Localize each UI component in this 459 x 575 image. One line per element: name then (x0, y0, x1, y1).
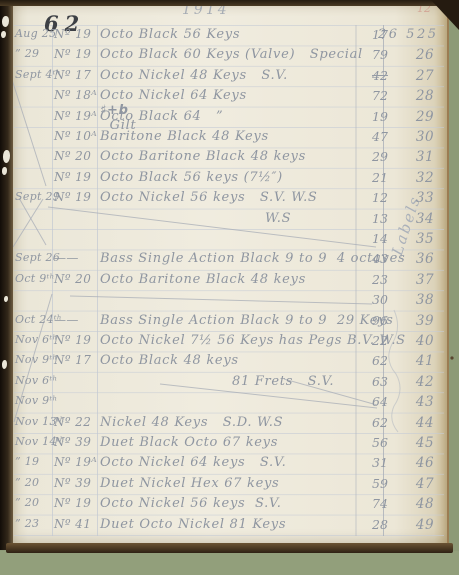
entry-description: Octo Baritone Black 48 keys (100, 272, 356, 287)
entry-description: Octo Black 48 keys (100, 353, 356, 368)
count-value: 96 (352, 313, 408, 328)
model-number: —— (54, 313, 100, 327)
serial-number: 42 (406, 374, 444, 390)
entry-description: Duet Black Octo 67 keys (100, 435, 356, 450)
serial-number: 27 (406, 68, 444, 84)
entry-date: Nov 6ᵗʰ (15, 374, 55, 387)
ledger-row: Sept 4ᵗʰNº 17Octo Nickel 48 Keys S.V.422… (0, 68, 459, 88)
entry-description: Bass Single Action Black 9 to 9 29 Keys (100, 313, 356, 328)
ledger-row: Nº 10ᴬBaritone Black 48 Keys4730 (0, 129, 459, 149)
count-value: 47 (352, 129, 408, 144)
count-value: 14 (352, 231, 408, 246)
serial-number: 26 (406, 47, 444, 63)
ledger-row: Oct 24ᵗʰ——Bass Single Action Black 9 to … (0, 313, 459, 333)
entry-date: Nov 9ᵗʰ (15, 353, 55, 366)
entry-description: Octo Black 56 Keys (100, 27, 356, 42)
serial-number: 37 (406, 272, 444, 288)
entry-description: Bass Single Action Black 9 to 9 4 octave… (100, 251, 356, 266)
ledger-row: ” 20Nº 19Octo Nickel 56 keys S.V.7448 (0, 496, 459, 516)
entry-date: ” 20 (15, 476, 55, 489)
count-value: 12 (352, 190, 408, 205)
count-value: 42 (352, 68, 408, 83)
ledger-row: ” 20Nº 39Duet Nickel Hex 67 keys5947 (0, 476, 459, 496)
model-number: Nº 19 (54, 170, 100, 184)
entry-description: Octo Baritone Black 48 keys (100, 149, 356, 164)
ledger-row: Sept 26——Bass Single Action Black 9 to 9… (0, 251, 459, 271)
serial-number: 33 (406, 190, 444, 206)
entry-description: Octo Nickel 48 Keys S.V. (100, 68, 356, 83)
entry-date: Nov 9ᵗʰ (15, 394, 55, 407)
ledger-row: Nov 13ᵗʰNº 22Nickel 48 Keys S.D. W.S6244 (0, 415, 459, 435)
book-bottom-edge (6, 543, 453, 553)
serial-number: 49 (406, 517, 444, 533)
model-number: —— (54, 251, 100, 265)
entry-description: Baritone Black 48 Keys (100, 129, 356, 144)
book-corner (431, 0, 459, 30)
model-number: Nº 19 (54, 190, 100, 204)
count-value: 30 (352, 292, 408, 307)
model-number: Nº 19ᴬ (54, 455, 100, 469)
model-number: Nº 18ᴬ (54, 88, 100, 102)
ledger-row: Aug 25Nº 19Octo Black 56 Keys1726 525 (0, 27, 459, 47)
entry-description: Duet Nickel Hex 67 keys (100, 476, 356, 491)
serial-number: 48 (406, 496, 444, 512)
model-number: Nº 19 (54, 47, 100, 61)
serial-number: 44 (406, 415, 444, 431)
ledger-row: Nov 14ᵗʰNº 39Duet Black Octo 67 keys5645 (0, 435, 459, 455)
model-number: Nº 17 (54, 68, 100, 82)
entry-date: Sept 4ᵗʰ (15, 68, 55, 81)
count-value: 19 (352, 109, 408, 124)
ledger-photo-scene: 62 1914 12 Labels Aug 25Nº 19Octo Black … (0, 0, 459, 575)
ledger-rows: Aug 25Nº 19Octo Black 56 Keys1726 525” 2… (0, 0, 459, 575)
count-value: 22 (352, 333, 408, 348)
model-number: Nº 19 (54, 27, 100, 41)
serial-number: 41 (406, 353, 444, 369)
model-number: Nº 20 (54, 272, 100, 286)
serial-number: 35 (406, 231, 444, 247)
entry-date: ” 23 (15, 517, 55, 530)
entry-description: Nickel 48 Keys S.D. W.S (100, 415, 356, 430)
serial-number: 34 (406, 211, 444, 227)
serial-number: 43 (406, 394, 444, 410)
model-number: Nº 41 (54, 517, 100, 531)
count-value: 13 (352, 211, 408, 226)
entry-description: Octo Nickel 56 keys S.V. W.S (100, 190, 356, 205)
count-value: 62 (352, 415, 408, 430)
model-number: Nº 19 (54, 333, 100, 347)
model-number: Nº 39 (54, 476, 100, 490)
serial-number: 28 (406, 88, 444, 104)
entry-description: Octo Nickel 7½ 56 Keys has Pegs B.V. W.S (100, 333, 356, 348)
count-value: 72 (352, 88, 408, 103)
count-value: 62 (352, 353, 408, 368)
count-value: 28 (352, 517, 408, 532)
ledger-row: Nº 20Octo Baritone Black 48 keys2931 (0, 149, 459, 169)
ledger-row: W.S1334 (0, 211, 459, 231)
entry-date: Nov 6ᵗʰ (15, 333, 55, 346)
count-value: 56 (352, 435, 408, 450)
entry-description: Octo Black 64 ” (100, 109, 356, 124)
backdrop (0, 551, 459, 575)
count-value: 23 (352, 272, 408, 287)
entry-date: ” 20 (15, 496, 55, 509)
entry-date: Nov 13ᵗʰ (15, 415, 55, 428)
serial-number: 29 (406, 109, 444, 125)
ledger-row: Nov 6ᵗʰ81 Frets S.V.6342 (0, 374, 459, 394)
count-value: 31 (352, 455, 408, 470)
ledger-row: ” 29Nº 19Octo Black 60 Keys (Valve) Spec… (0, 47, 459, 67)
count-value: 21 (352, 170, 408, 185)
count-value: 43 (352, 251, 408, 266)
serial-number: 40 (406, 333, 444, 349)
count-value: 79 (352, 47, 408, 62)
count-value: 29 (352, 149, 408, 164)
ledger-row: Nº 19Octo Black 56 keys (7½″)2132 (0, 170, 459, 190)
ledger-row: ” 23Nº 41Duet Octo Nickel 81 Keys2849 (0, 517, 459, 537)
book-top-edge (0, 0, 459, 6)
ledger-row: Oct 9ᵗʰNº 20Octo Baritone Black 48 keys2… (0, 272, 459, 292)
entry-date: Sept 26 (15, 251, 55, 264)
entry-description: Octo Black 56 keys (7½″) (100, 170, 356, 185)
entry-date: Oct 9ᵗʰ (15, 272, 55, 285)
entry-date: Oct 24ᵗʰ (15, 313, 55, 326)
ledger-row: Sept 29Nº 19Octo Nickel 56 keys S.V. W.S… (0, 190, 459, 210)
model-number: Nº 17 (54, 353, 100, 367)
ledger-row: 1435 (0, 231, 459, 251)
count-value: 74 (352, 496, 408, 511)
model-number: Nº 22 (54, 415, 100, 429)
entry-date: Sept 29 (15, 190, 55, 203)
entry-description: Octo Nickel 56 keys S.V. (100, 496, 356, 511)
model-number: Nº 20 (54, 149, 100, 163)
model-number: Nº 19 (54, 496, 100, 510)
entry-date: ” 19 (15, 455, 55, 468)
model-number: Nº 39 (54, 435, 100, 449)
serial-number: 47 (406, 476, 444, 492)
ledger-row: Nº 18ᴬOcto Nickel 64 Keys ♯+b Gilt7228 (0, 88, 459, 108)
entry-date: Nov 14ᵗʰ (15, 435, 55, 448)
serial-number: 46 (406, 455, 444, 471)
ledger-row: 3038 (0, 292, 459, 312)
ledger-row: Nov 6ᵗʰNº 19Octo Nickel 7½ 56 Keys has P… (0, 333, 459, 353)
entry-description: Octo Black 60 Keys (Valve) Special (100, 47, 356, 62)
serial-number: 39 (406, 313, 444, 329)
serial-number: 36 (406, 251, 444, 267)
entry-date: Aug 25 (15, 27, 55, 40)
ledger-row: Nov 9ᵗʰ6443 (0, 394, 459, 414)
ledger-row: Nº 19ᴬOcto Black 64 ”1929 (0, 109, 459, 129)
book-spine-edge (0, 0, 13, 550)
serial-number: 31 (406, 149, 444, 165)
ledger-row: ” 19Nº 19ᴬOcto Nickel 64 keys S.V.3146 (0, 455, 459, 475)
serial-number: 38 (406, 292, 444, 308)
entry-description: Octo Nickel 64 keys S.V. (100, 455, 356, 470)
ledger-row: Nov 9ᵗʰNº 17Octo Black 48 keys6241 (0, 353, 459, 373)
serial-number: 32 (406, 170, 444, 186)
count-value: 59 (352, 476, 408, 491)
serial-number: 30 (406, 129, 444, 145)
serial-number: 45 (406, 435, 444, 451)
entry-date: ” 29 (15, 47, 55, 60)
model-number: Nº 19ᴬ (54, 109, 100, 123)
entry-description: Duet Octo Nickel 81 Keys (100, 517, 356, 532)
count-value: 63 (352, 374, 408, 389)
count-value: 64 (352, 394, 408, 409)
model-number: Nº 10ᴬ (54, 129, 100, 143)
